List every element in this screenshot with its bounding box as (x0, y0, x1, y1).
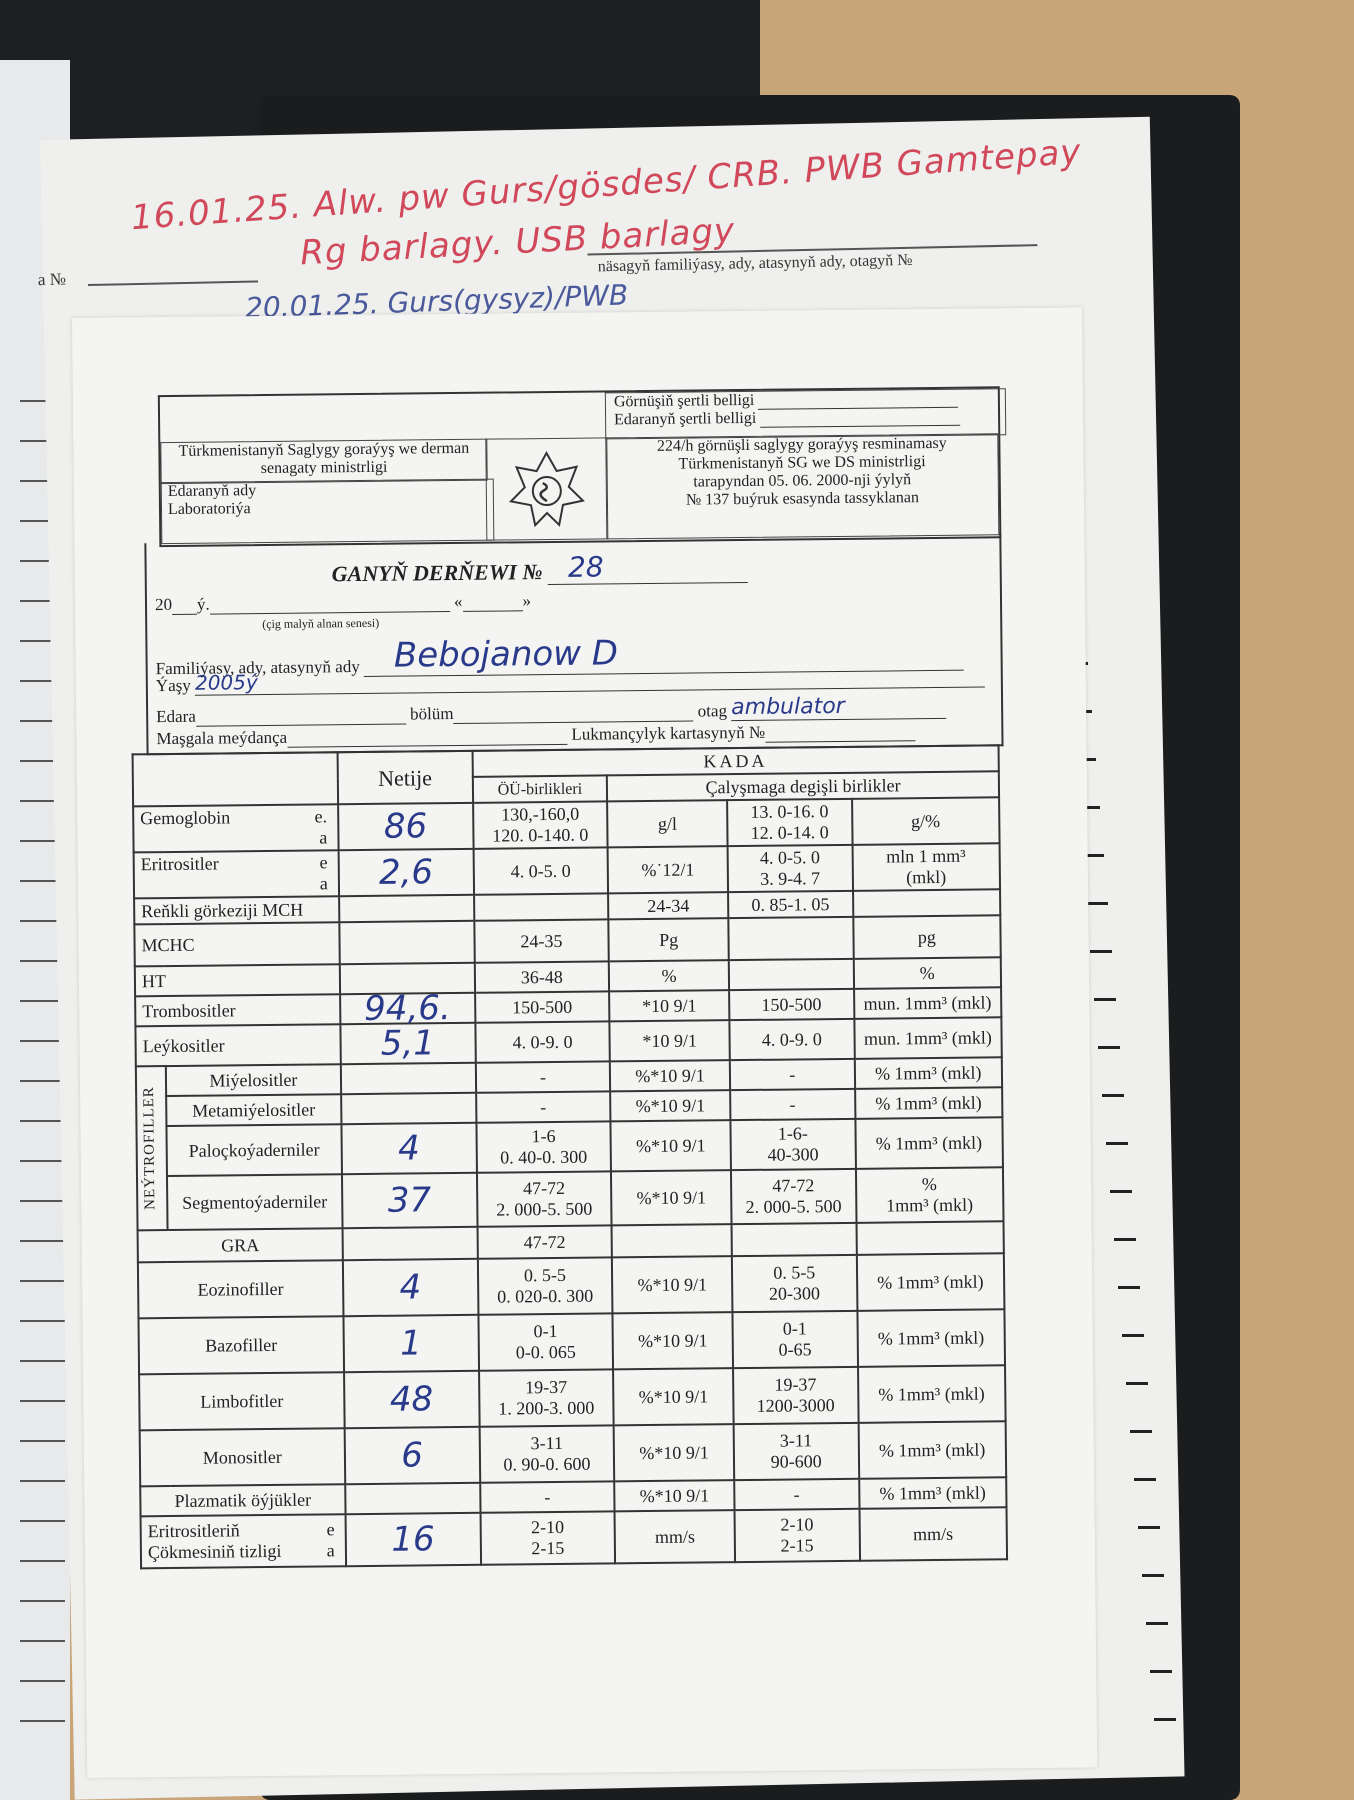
institution-cell: Edaranyň ady Laboratoriýa (161, 479, 495, 544)
work-range: 0. 5-520-300 (732, 1255, 857, 1312)
work-unit: mm/s (859, 1507, 1007, 1561)
si-range: 24-35 (474, 919, 609, 962)
order-line-4: № 137 buýruk esasynda tassyklanan (607, 488, 998, 510)
si-range: - (480, 1481, 615, 1512)
si-unit: 24-34 (608, 892, 728, 919)
work-unit: mln 1 mm³(mkl) (852, 843, 1000, 891)
room-value: ambulator (731, 693, 946, 721)
si-range: 1-60. 40-0. 300 (476, 1121, 611, 1172)
result-value: 4 (343, 1259, 478, 1316)
result-value: 37 (342, 1173, 477, 1228)
si-unit: % (609, 960, 729, 991)
back-sheet-number-label: a № (38, 269, 66, 290)
table-row: Segmentoýaderniler3747-722. 000-5. 500%*… (137, 1167, 1004, 1230)
work-range: 13. 0-16. 012. 0-14. 0 (727, 799, 852, 846)
back-sheet-number-line (88, 280, 258, 286)
si-unit: %*10 9/1 (613, 1368, 733, 1425)
test-name: MCHC (134, 922, 339, 966)
si-unit: g/l (607, 800, 727, 847)
result-value (342, 1227, 477, 1260)
si-range: 4. 0-9. 0 (475, 1021, 610, 1062)
institution-value: Laboratoriýa (168, 498, 493, 519)
si-unit: %*10 9/1 (610, 1060, 730, 1091)
result-value (341, 1093, 476, 1124)
test-name: Limbofitler (139, 1372, 344, 1430)
table-row: Limbofitler4819-371. 200-3. 000%*10 9/11… (139, 1365, 1006, 1430)
institution-code-field: Edaranyň şertli belligi (614, 407, 1005, 429)
si-unit: %*10 9/1 (613, 1312, 733, 1369)
result-value (345, 1483, 480, 1514)
si-unit: %*10 9/1 (610, 1090, 730, 1121)
si-unit (612, 1224, 732, 1257)
test-name: Metamiýelositler (166, 1094, 341, 1126)
form-codes-cell: Görnüşiň şertli belligi Edaranyň şertli … (605, 388, 1006, 439)
date-field: 20ý. «» (155, 591, 531, 615)
sex-marker: ea (326, 1519, 342, 1561)
test-name: HT (135, 964, 340, 996)
work-unit: % (853, 957, 1001, 989)
si-range: 19-371. 200-3. 000 (479, 1369, 614, 1426)
work-unit: mun. 1mm³ (mkl) (854, 987, 1002, 1019)
result-value: 94,6. (340, 993, 475, 1024)
test-name: Plazmatik öýjükler (140, 1484, 345, 1516)
work-range: 4. 0-9. 0 (729, 1019, 854, 1060)
work-unit: %1mm³ (mkl) (855, 1167, 1003, 1223)
test-name: GRA (138, 1228, 343, 1262)
si-range: 2-102-15 (480, 1511, 615, 1564)
work-unit: % 1mm³ (mkl) (857, 1309, 1005, 1367)
si-unit: %*10 9/1 (614, 1424, 734, 1481)
test-name: Eozinofiller (138, 1260, 343, 1318)
blood-test-table: Netije KADA ÖÜ-birlikleri Çalyşmaga degi… (132, 744, 1008, 1569)
test-name: eaEritrositleriňÇökmesiniň tizligi (141, 1514, 346, 1568)
table-row: Eozinofiller40. 5-50. 020-0. 300%*10 9/1… (138, 1253, 1005, 1318)
result-value: 6 (344, 1427, 479, 1484)
work-range (731, 1223, 856, 1256)
form-header: Görnüşiň şertli belligi Edaranyň şertli … (158, 386, 1002, 547)
work-range: 3-1190-600 (734, 1423, 859, 1480)
lab-form-sheet: Görnüşiň şertli belligi Edaranyň şertli … (72, 307, 1097, 1777)
si-unit: *10 9/1 (609, 990, 729, 1021)
approval-order-cell: 224/h görnüşli saglygy goraýyş resminama… (605, 433, 999, 539)
si-range: 0-10-0. 065 (478, 1313, 613, 1370)
si-range: 0. 5-50. 020-0. 300 (477, 1257, 612, 1314)
work-unit: % 1mm³ (mkl) (859, 1477, 1007, 1509)
test-name: Miýelositler (166, 1064, 341, 1096)
test-name: e.aGemoglobin (133, 804, 338, 852)
table-row: Bazofiller10-10-0. 065%*10 9/10-10-65% 1… (138, 1309, 1005, 1374)
si-unit: *10 9/1 (610, 1020, 730, 1061)
test-name: Leýkositler (135, 1024, 340, 1066)
work-unit: % 1mm³ (mkl) (855, 1087, 1003, 1119)
result-value: 16 (345, 1513, 480, 1566)
work-unit: % 1mm³ (mkl) (854, 1057, 1002, 1089)
test-name: Trombositler (135, 994, 340, 1026)
work-range: 1-6-40-300 (730, 1119, 855, 1170)
si-unit: %˙12/1 (608, 846, 728, 893)
result-value: 86 (338, 803, 473, 850)
si-unit: %*10 9/1 (614, 1480, 734, 1511)
work-range: 0. 85-1. 05 (728, 891, 853, 918)
work-range: 19-371200-3000 (733, 1367, 858, 1424)
result-value (339, 895, 474, 922)
table-row: eaEritrositleriňÇökmesiniň tizligi162-10… (141, 1507, 1007, 1568)
si-range: 3-110. 90-0. 600 (479, 1425, 614, 1482)
work-unit: % 1mm³ (mkl) (855, 1117, 1003, 1169)
work-range: 0-10-65 (732, 1311, 857, 1368)
result-value: 2,6 (338, 849, 473, 896)
si-range: 36-48 (474, 961, 609, 992)
work-unit: % 1mm³ (mkl) (858, 1365, 1006, 1423)
work-range: 150-500 (729, 989, 854, 1020)
work-unit: % 1mm³ (mkl) (858, 1421, 1006, 1479)
work-range (728, 917, 853, 960)
ministry-name: Türkmenistanyň Saglygy goraýyş we derman… (160, 439, 487, 484)
date-caption: (çig malyň alnan senesi) (262, 616, 379, 632)
form-number: 28 (548, 549, 748, 585)
si-unit: %*10 9/1 (611, 1120, 731, 1171)
work-unit: pg (853, 915, 1001, 959)
work-unit: mun. 1mm³ (mkl) (854, 1017, 1002, 1059)
neutrophil-group-label: NEÝTROFILLER (136, 1066, 168, 1230)
si-range: - (476, 1091, 611, 1122)
sex-marker: e.a (314, 806, 335, 848)
work-range (729, 959, 854, 990)
si-unit: %*10 9/1 (611, 1170, 731, 1225)
result-value: 4 (341, 1123, 476, 1174)
test-name: Paloçkoýaderniler (166, 1124, 341, 1176)
si-range: - (475, 1061, 610, 1092)
result-value: 5,1 (340, 1023, 475, 1064)
work-range: 4. 0-5. 03. 9-4. 7 (728, 845, 853, 892)
si-units-header: ÖÜ-birlikleri (472, 775, 607, 802)
work-range: 47-722. 000-5. 500 (731, 1169, 856, 1224)
si-range: 150-500 (475, 991, 610, 1022)
work-range: - (730, 1089, 855, 1120)
result-value (339, 921, 474, 964)
si-range: 4. 0-5. 0 (473, 847, 608, 894)
si-unit: mm/s (615, 1510, 735, 1563)
work-range: - (734, 1479, 859, 1510)
test-name: Monositler (140, 1428, 345, 1486)
test-name: eaEritrositler (134, 850, 339, 898)
emblem-cell (485, 437, 608, 540)
empty-header-cell (133, 752, 338, 806)
table-row: Monositler63-110. 90-0. 600%*10 9/13-119… (140, 1421, 1007, 1486)
test-name: Segmentoýaderniler (167, 1174, 342, 1230)
result-value: 48 (344, 1371, 479, 1428)
work-unit: g/% (852, 797, 1000, 845)
result-value: 1 (343, 1315, 478, 1372)
si-unit: Pg (609, 918, 729, 961)
si-range: 130,-160,0120. 0-140. 0 (473, 801, 608, 848)
si-range: 47-722. 000-5. 500 (477, 1171, 612, 1226)
table-row: Paloçkoýaderniler41-60. 40-0. 300%*10 9/… (136, 1117, 1002, 1176)
back-sheet-caption: näsagyň familiýasy, ady, atasynyň ady, o… (598, 252, 913, 277)
test-name: Reňkli görkeziji MCH (134, 896, 339, 924)
work-units-header: Çalyşmaga degişli birlikler (607, 771, 999, 801)
work-unit: % 1mm³ (mkl) (856, 1253, 1004, 1311)
work-unit (853, 889, 1001, 917)
si-unit: %*10 9/1 (612, 1256, 732, 1313)
result-header: Netije (337, 751, 472, 804)
sex-marker: ea (319, 852, 335, 894)
result-value (341, 1063, 476, 1094)
si-range (474, 893, 609, 920)
work-unit (856, 1221, 1004, 1255)
emblem-icon (506, 449, 587, 530)
si-range: 47-72 (477, 1225, 612, 1258)
patient-info-block: GANYŇ DERŇEWI № 28 20ý. «» (çig malyň al… (144, 534, 1003, 755)
work-range: 2-102-15 (734, 1509, 859, 1562)
test-name: Bazofiller (138, 1316, 343, 1374)
form-title: GANYŇ DERŇEWI № 28 (331, 549, 748, 587)
work-range: - (730, 1059, 855, 1090)
